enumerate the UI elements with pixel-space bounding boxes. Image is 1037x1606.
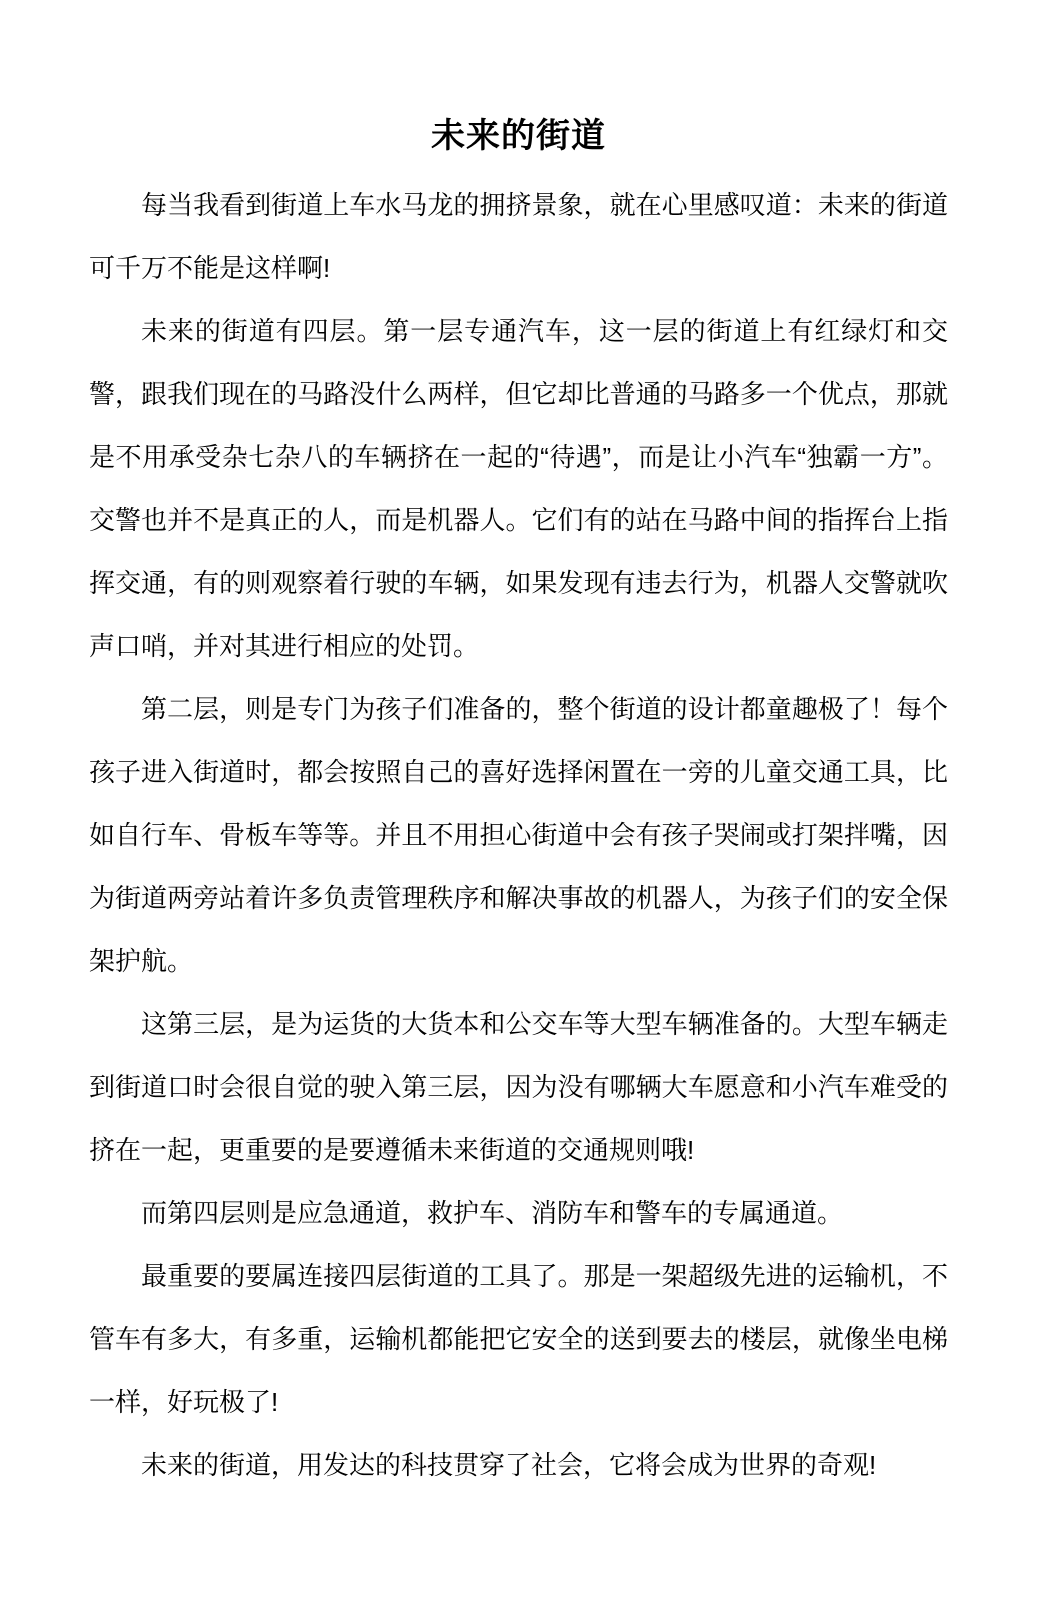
paragraph-first-layer: 未来的街道有四层。第一层专通汽车，这一层的街道上有红绿灯和交警，跟我们现在的马路… [89,300,948,678]
paragraph-third-layer: 这第三层，是为运货的大货本和公交车等大型车辆准备的。大型车辆走到街道口时会很自觉… [89,993,948,1182]
paragraph-transporter: 最重要的要属连接四层街道的工具了。那是一架超级先进的运输机，不管车有多大，有多重… [89,1245,948,1434]
paragraph-intro: 每当我看到街道上车水马龙的拥挤景象，就在心里感叹道：未来的街道可千万不能是这样啊… [89,174,948,300]
paragraph-fourth-layer: 而第四层则是应急通道，救护车、消防车和警车的专属通道。 [89,1182,948,1245]
document-title: 未来的街道 [89,112,948,160]
document-page: 未来的街道 每当我看到街道上车水马龙的拥挤景象，就在心里感叹道：未来的街道可千万… [0,0,1037,1606]
paragraph-second-layer: 第二层，则是专门为孩子们准备的，整个街道的设计都童趣极了！每个孩子进入街道时，都… [89,678,948,993]
paragraph-conclusion: 未来的街道，用发达的科技贯穿了社会，它将会成为世界的奇观! [89,1434,948,1497]
